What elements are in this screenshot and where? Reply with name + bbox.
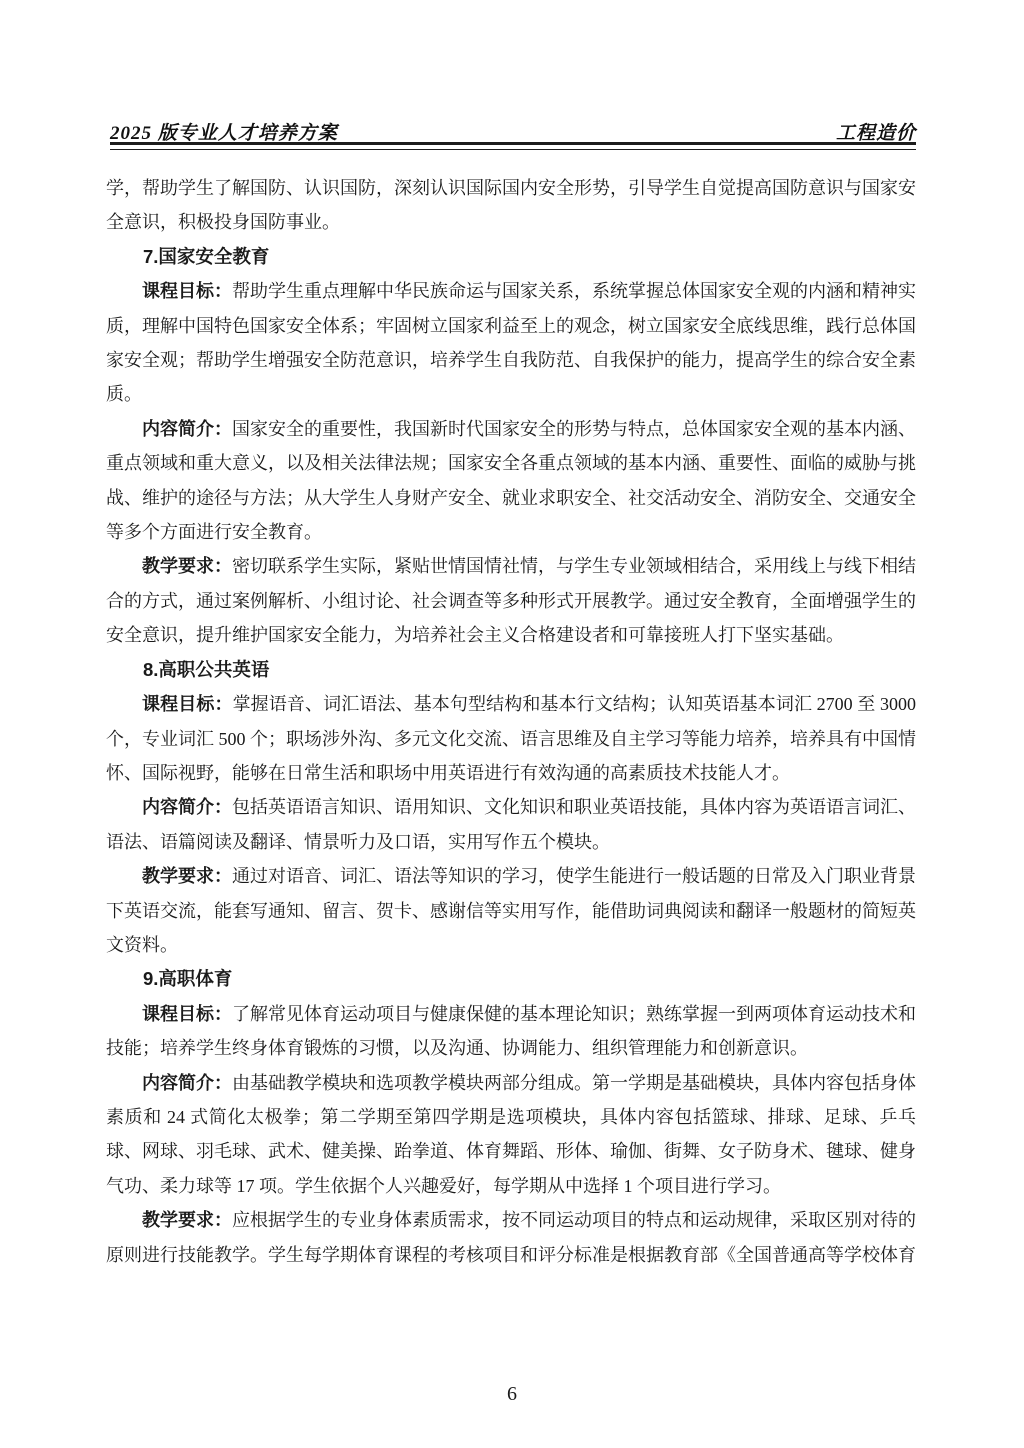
body-paragraph: 课程目标：帮助学生重点理解中华民族命运与国家关系，系统掌握总体国家安全观的内涵和… (106, 274, 916, 412)
document-page: 2025 版专业人才培养方案 工程造价 学，帮助学生了解国防、认识国防，深刻认识… (0, 0, 1024, 1448)
section-heading: 9.高职体育 (106, 962, 916, 996)
paragraph-label: 课程目标： (142, 694, 233, 714)
section-heading: 8.高职公共英语 (106, 653, 916, 687)
page-footer: 6 (0, 1383, 1024, 1406)
body-paragraph: 内容简介：由基础教学模块和选项教学模块两部分组成。第一学期是基础模块，具体内容包… (106, 1066, 916, 1204)
header-rule-divider (110, 142, 916, 150)
paragraph-label: 课程目标： (142, 281, 232, 301)
paragraph-label: 教学要求： (142, 866, 232, 886)
page-number: 6 (507, 1383, 517, 1405)
body-paragraph: 课程目标：了解常见体育运动项目与健康保健的基本理论知识；熟练掌握一到两项体育运动… (106, 997, 916, 1066)
paragraph-label: 教学要求： (142, 1210, 232, 1230)
paragraph-label: 内容简介： (142, 1073, 232, 1093)
body-paragraph: 课程目标：掌握语音、词汇语法、基本句型结构和基本行文结构；认知英语基本词汇 27… (106, 687, 916, 790)
paragraph-label: 内容简介： (142, 797, 232, 817)
section-heading: 7.国家安全教育 (106, 240, 916, 274)
header-title-left: 2025 版专业人才培养方案 (110, 118, 338, 145)
document-body: 学，帮助学生了解国防、认识国防，深刻认识国际国内安全形势，引导学生自觉提高国防意… (106, 171, 916, 1272)
paragraph-label: 内容简介： (142, 419, 232, 439)
body-paragraph: 内容简介：国家安全的重要性，我国新时代国家安全的形势与特点，总体国家安全观的基本… (106, 412, 916, 550)
body-paragraph: 教学要求：应根据学生的专业身体素质需求，按不同运动项目的特点和运动规律，采取区别… (106, 1203, 916, 1272)
body-paragraph: 学，帮助学生了解国防、认识国防，深刻认识国际国内安全形势，引导学生自觉提高国防意… (106, 171, 916, 240)
paragraph-label: 课程目标： (142, 1004, 232, 1024)
header-title-right: 工程造价 (836, 118, 916, 145)
body-paragraph: 教学要求：通过对语音、词汇、语法等知识的学习，使学生能进行一般话题的日常及入门职… (106, 859, 916, 962)
page-header: 2025 版专业人才培养方案 工程造价 (110, 118, 916, 145)
paragraph-label: 教学要求： (142, 556, 232, 576)
body-paragraph: 内容简介：包括英语语言知识、语用知识、文化知识和职业英语技能，具体内容为英语语言… (106, 790, 916, 859)
body-paragraph: 教学要求：密切联系学生实际，紧贴世情国情社情，与学生专业领域相结合，采用线上与线… (106, 549, 916, 652)
